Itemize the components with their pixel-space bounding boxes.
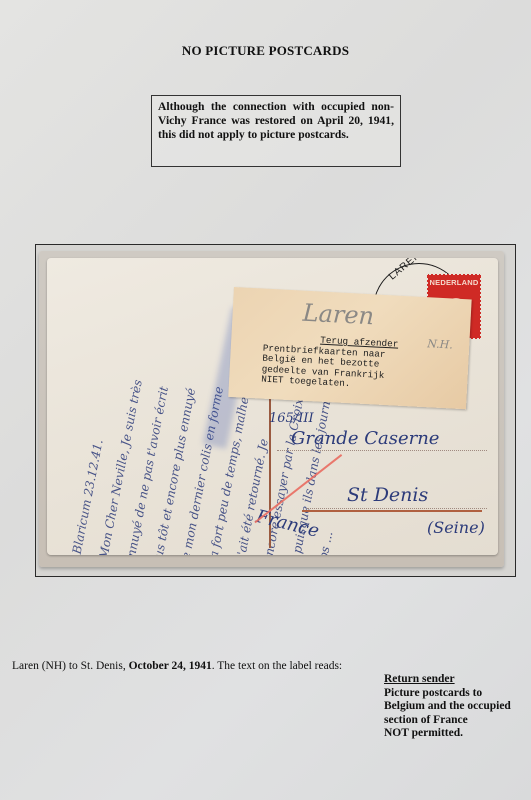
label-typed-text: Terug afzender Prentbriefkaarten naar Be… <box>261 333 463 396</box>
translation-line: Picture postcards to <box>384 687 529 701</box>
caption: Laren (NH) to St. Denis, October 24, 194… <box>12 660 342 672</box>
address-underline <box>302 510 482 512</box>
address-city: St Denis <box>347 484 428 506</box>
address-street: Grande Caserne <box>291 428 439 449</box>
caption-date: October 24, 1941 <box>129 660 212 672</box>
translation-heading: Return sender <box>384 673 529 687</box>
label-pencil-note: Laren <box>302 299 375 331</box>
page-title: NO PICTURE POSTCARDS <box>0 43 531 59</box>
caption-prefix: Laren (NH) to St. Denis, <box>12 660 129 672</box>
translation-line: section of France <box>384 714 529 728</box>
address-unit: 165/III <box>269 411 314 426</box>
address-line <box>277 450 487 451</box>
address-line <box>307 508 487 509</box>
translation-line: NOT permitted. <box>384 727 529 741</box>
intro-text-box: Although the connection with occupied no… <box>151 95 401 167</box>
return-label: Laren N.H. Terug afzender Prentbriefkaar… <box>228 287 471 409</box>
label-translation: Return sender Picture postcards to Belgi… <box>384 673 529 741</box>
address-region: (Seine) <box>427 518 485 537</box>
stamp-country: NEDERLAND <box>427 278 481 287</box>
translation-line: Belgium and the occupied <box>384 700 529 714</box>
caption-suffix: . The text on the label reads: <box>212 660 342 672</box>
